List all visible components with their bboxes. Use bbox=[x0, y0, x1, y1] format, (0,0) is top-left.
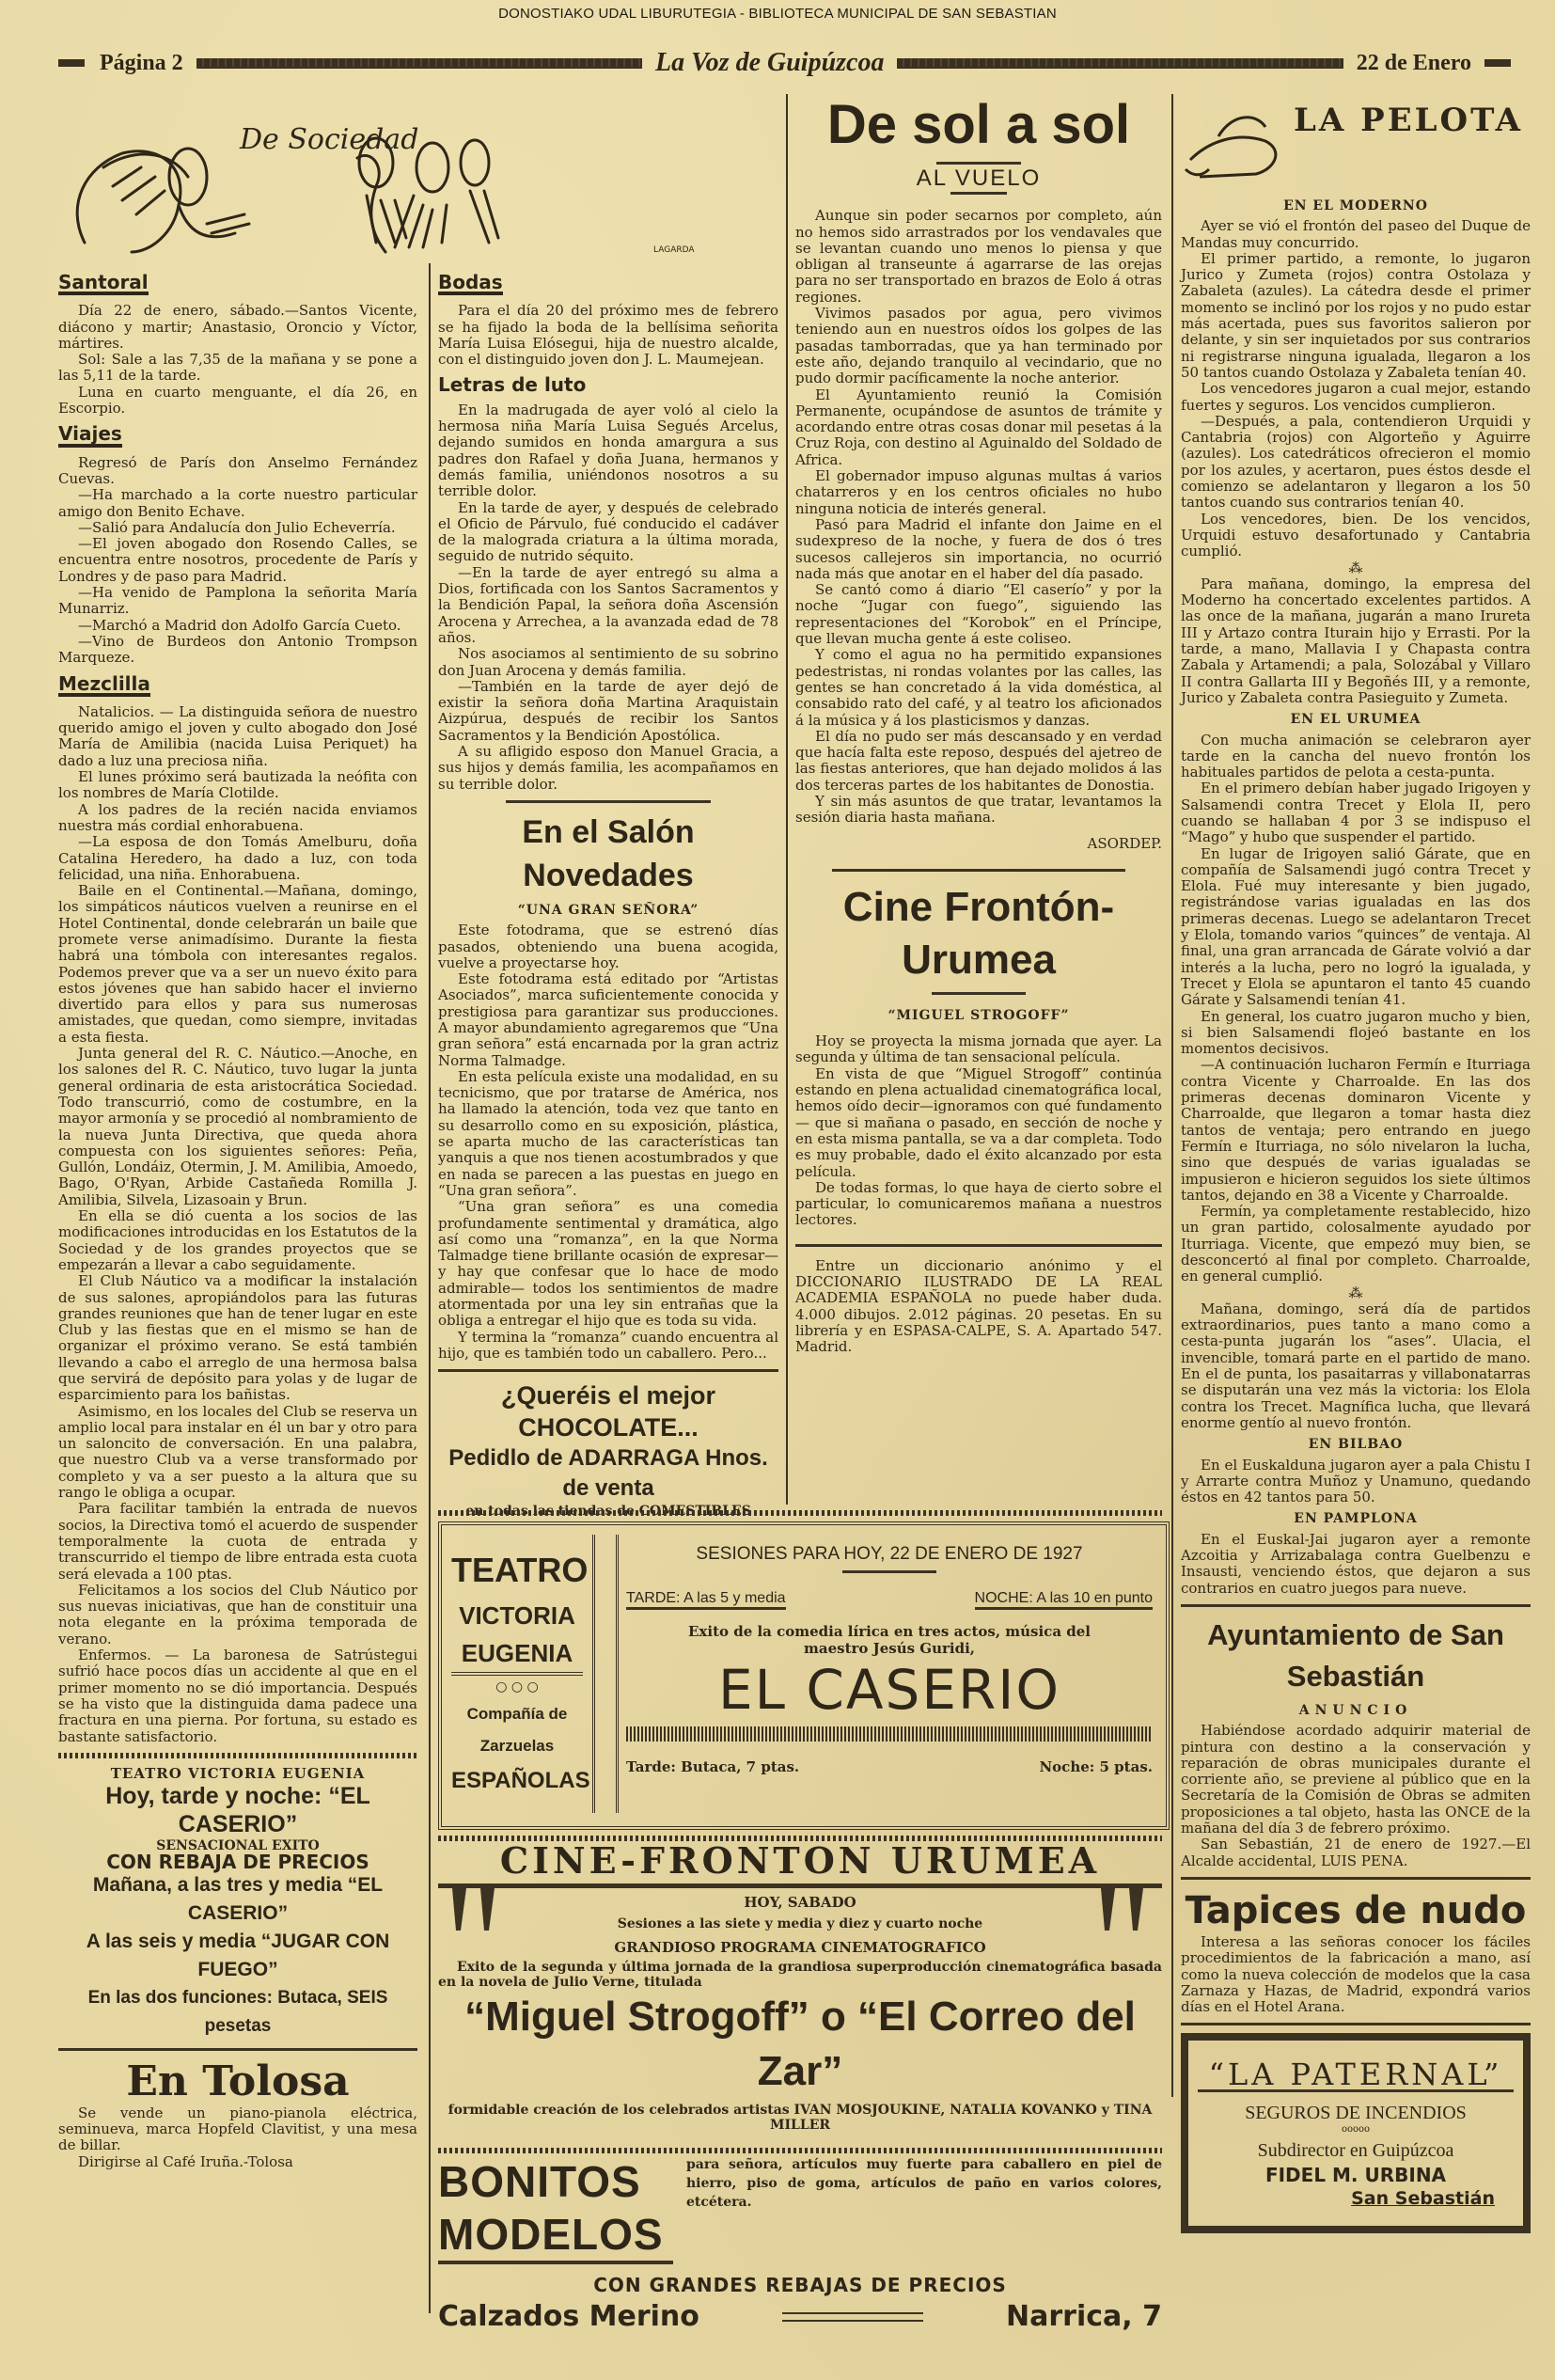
divider bbox=[438, 1369, 778, 1372]
paragraph: Día 22 de enero, sábado.—Santos Vicente,… bbox=[58, 303, 417, 352]
ad-right-panel: SESIONES PARA HOY, 22 DE ENERO DE 1927 T… bbox=[626, 1544, 1153, 1775]
el-caserio-title: EL CASERIO bbox=[626, 1657, 1153, 1723]
la-pelota-banner: LA PELOTA bbox=[1181, 103, 1531, 193]
society-illustration-icon: De Sociedad LAGARDA bbox=[47, 111, 780, 266]
urumea-desc: Exito de la segunda y última jornada de … bbox=[438, 1960, 1162, 1990]
paragraph: Fermín, ya completamente restablecido, h… bbox=[1181, 1204, 1531, 1285]
de-sociedad-banner: De Sociedad LAGARDA bbox=[47, 111, 780, 266]
column-divider bbox=[1171, 94, 1173, 2097]
paragraph: Los vencedores jugaron a cual mejor, est… bbox=[1181, 381, 1531, 414]
divider bbox=[58, 1753, 417, 1758]
de-sol-a-sol-title: De sol a sol bbox=[795, 94, 1162, 156]
pelota-section-heading: EN PAMPLONA bbox=[1181, 1511, 1531, 1527]
paragraph: San Sebastián, 21 de enero de 1927.—El A… bbox=[1181, 1836, 1531, 1869]
paragraph: —Marchó a Madrid don Adolfo García Cueto… bbox=[58, 618, 417, 634]
paragraph: El día no pudo ser más descansado y en v… bbox=[795, 729, 1162, 794]
shop-name: Calzados Merino bbox=[438, 2300, 699, 2333]
column-1: Santoral Día 22 de enero, sábado.—Santos… bbox=[58, 265, 417, 2170]
spanish-label: ESPAÑOLAS bbox=[451, 1762, 583, 1800]
shop-address: Narrica, 7 bbox=[1006, 2300, 1162, 2333]
exito-text: Exito de la comedia lírica en tres actos… bbox=[654, 1623, 1124, 1657]
paragraph: En esta película existe una modalidad, e… bbox=[438, 1069, 778, 1199]
paragraph: Y sin más asuntos de que tratar, levanta… bbox=[795, 794, 1162, 827]
divider bbox=[1181, 2023, 1531, 2025]
pelota-section-heading: EN EL MODERNO bbox=[1181, 198, 1531, 214]
artist-signature: LAGARDA bbox=[653, 245, 695, 255]
mezclilla-body: Natalicios. — La distinguida señora de n… bbox=[58, 704, 417, 1745]
asterism-icon: ⁂ bbox=[1181, 560, 1531, 576]
paragraph: —Después, a pala, contendieron Urquidi y… bbox=[1181, 414, 1531, 512]
divider bbox=[1181, 1604, 1531, 1607]
column-3: De sol a sol AL VUELO Aunque sin poder s… bbox=[795, 94, 1162, 1356]
ornament: ooooo bbox=[1198, 2121, 1514, 2137]
section-heading-santoral: Santoral bbox=[58, 275, 149, 295]
issue-date: 22 de Enero bbox=[1357, 51, 1471, 76]
film-cast: formidable creación de los celebrados ar… bbox=[438, 2103, 1162, 2133]
paragraph: Natalicios. — La distinguida señora de n… bbox=[58, 704, 417, 769]
paragraph: Baile en el Continental.—Mañana, domingo… bbox=[58, 883, 417, 1046]
paragraph: Luna en cuarto menguante, el día 26, en … bbox=[58, 385, 417, 418]
paragraph: Hoy se proyecta la misma jornada que aye… bbox=[795, 1033, 1162, 1066]
ad-body: Se vende un piano-pianola eléctrica, sem… bbox=[58, 2105, 417, 2154]
paragraph: Y como el agua no ha permitido expansion… bbox=[795, 647, 1162, 728]
paragraph: El lunes próximo será bautizada la neófi… bbox=[58, 769, 417, 802]
bonitos-modelos-title: BONITOS MODELOS bbox=[438, 2155, 673, 2264]
banner-title: De Sociedad bbox=[239, 123, 418, 156]
paragraph: Interesa a las señoras conocer los fácil… bbox=[1181, 1934, 1531, 2015]
venue-name: VICTORIA EUGENIA bbox=[451, 1597, 583, 1676]
paragraph: El primer partido, a remonte, lo jugaron… bbox=[1181, 251, 1531, 381]
paragraph: Junta general del R. C. Náutico.—Anoche,… bbox=[58, 1046, 417, 1208]
paragraph: En el Euskal-Jai jugaron ayer a remonte … bbox=[1181, 1532, 1531, 1597]
paragraph: —A continuación lucharon Fermín e Iturri… bbox=[1181, 1057, 1531, 1204]
paragraph: Con mucha animación se celebraron ayer t… bbox=[1181, 733, 1531, 781]
chocolate-ad: ¿Queréis el mejor CHOCOLATE... Pedidlo d… bbox=[438, 1379, 778, 1520]
sessions-date: SESIONES PARA HOY, 22 DE ENERO DE 1927 bbox=[626, 1544, 1153, 1565]
column-divider bbox=[429, 1505, 431, 2313]
paragraph: En lugar de Irigoyen salió Gárate, que e… bbox=[1181, 846, 1531, 1009]
teatro-label: TEATRO bbox=[451, 1544, 583, 1597]
paragraph: En la madrugada de ayer voló al cielo la… bbox=[438, 402, 778, 500]
calzados-merino-ad: BONITOS MODELOS para señora, artículos m… bbox=[438, 2155, 1162, 2333]
paternal-line: FIDEL M. URBINA bbox=[1198, 2167, 1514, 2183]
tapices-title: Tapices de nudo bbox=[1181, 1887, 1531, 1934]
art-deco-ornament-icon bbox=[1096, 1888, 1153, 1935]
urumea-day: HOY, SABADO bbox=[438, 1894, 1162, 1911]
pelota-title: LA PELOTA bbox=[1294, 113, 1523, 129]
divider bbox=[842, 1570, 936, 1573]
divider bbox=[795, 1244, 1162, 1247]
paragraph: Ayer se vió el frontón del paseo del Duq… bbox=[1181, 218, 1531, 251]
divider bbox=[936, 162, 1021, 165]
tarde-time: TARDE: A las 5 y media bbox=[626, 1590, 786, 1610]
ornament: ○ ○ ○ bbox=[451, 1679, 583, 1694]
viajes-body: Regresó de París don Anselmo Fernández C… bbox=[58, 455, 417, 667]
noche-time: NOCHE: A las 10 en punto bbox=[975, 1590, 1153, 1610]
ad-venue: TEATRO VICTORIA EUGENIA bbox=[58, 1766, 417, 1782]
paragraph: Enfermos. — La baronesa de Satrústegui s… bbox=[58, 1647, 417, 1745]
paragraph: A los padres de la recién nacida enviamo… bbox=[58, 802, 417, 835]
decorative-rule bbox=[782, 2312, 923, 2322]
ad-line: A las seis y media “JUGAR CON FUEGO” bbox=[58, 1928, 417, 1984]
column-divider bbox=[429, 263, 431, 1505]
tolosa-ad: En Tolosa Se vende un piano-pianola eléc… bbox=[58, 2058, 417, 2170]
paragraph: Y termina la “romanza” cuando encuentra … bbox=[438, 1330, 778, 1363]
masthead-rule bbox=[196, 58, 642, 69]
ad-contact: Dirigirse al Café Iruña.-Tolosa bbox=[58, 2154, 417, 2170]
paragraph: Los vencedores, bien. De los vencidos, U… bbox=[1181, 512, 1531, 560]
company: Compañía de Zarzuelas bbox=[451, 1698, 583, 1762]
paper-name: La Voz de Guipúzcoa bbox=[655, 48, 884, 78]
paragraph: —El joven abogado don Rosendo Calles, se… bbox=[58, 536, 417, 585]
masthead: Página 2 La Voz de Guipúzcoa 22 de Enero bbox=[58, 49, 1511, 77]
ad-title: En Tolosa bbox=[58, 2058, 417, 2105]
paragraph: El gobernador impuso algunas multas á va… bbox=[795, 468, 1162, 517]
paragraph: Pasó para Madrid el infante don Jaime en… bbox=[795, 517, 1162, 582]
paternal-line: SEGUROS DE INCENDIOS bbox=[1198, 2105, 1514, 2121]
price-noche: Noche: 5 ptas. bbox=[1039, 1758, 1153, 1775]
ad-line: Hoy, tarde y noche: “EL CASERIO” bbox=[58, 1782, 417, 1838]
paragraph: Aunque sin poder secarnos por completo, … bbox=[795, 208, 1162, 306]
pelotari-illustration-icon bbox=[1181, 103, 1294, 188]
column-2: Bodas Para el día 20 del próximo mes de … bbox=[438, 265, 778, 1521]
page-number: Página 2 bbox=[100, 51, 183, 76]
divider bbox=[950, 192, 1007, 195]
merino-desc: para señora, artículos muy fuerte para c… bbox=[686, 2155, 1162, 2212]
paragraph: En el Euskalduna jugaron ayer a pala Chi… bbox=[1181, 1458, 1531, 1506]
price-tarde: Tarde: Butaca, 7 ptas. bbox=[626, 1758, 799, 1775]
paragraph: En la tarde de ayer, y después de celebr… bbox=[438, 500, 778, 565]
paternal-line: San Sebastián bbox=[1198, 2191, 1514, 2207]
ayuntamiento-title: Ayuntamiento de San Sebastián bbox=[1181, 1615, 1531, 1697]
ad-left-panel: TEATRO VICTORIA EUGENIA ○ ○ ○ Compañía d… bbox=[451, 1544, 583, 1800]
cine-subtitle: “MIGUEL STROGOFF” bbox=[795, 1008, 1162, 1024]
novedades-subtitle: “UNA GRAN SEÑORA” bbox=[438, 903, 778, 919]
asterism-icon: ⁂ bbox=[1181, 1285, 1531, 1301]
paragraph: De todas formas, lo que haya de cierto s… bbox=[795, 1180, 1162, 1229]
anuncio-subtitle: ANUNCIO bbox=[1181, 1703, 1531, 1719]
paragraph: —En la tarde de ayer entregó su alma a D… bbox=[438, 565, 778, 646]
paragraph: Para facilitar también la entrada de nue… bbox=[58, 1501, 417, 1582]
urumea-title: CINE-FRONTON URUMEA bbox=[438, 1839, 1162, 1888]
rebajas-line: CON GRANDES REBAJAS DE PRECIOS bbox=[438, 2274, 1162, 2296]
ad-line: Mañana, a las tres y media “EL CASERIO” bbox=[58, 1871, 417, 1928]
paragraph: Este fotodrama, que se estrenó días pasa… bbox=[438, 922, 778, 971]
paragraph: Felicitamos a los socios del Club Náutic… bbox=[58, 1583, 417, 1647]
paragraph: En vista de que “Miguel Strogoff” contin… bbox=[795, 1066, 1162, 1180]
section-heading-bodas: Bodas bbox=[438, 275, 503, 295]
paragraph: Este fotodrama está editado por “Artista… bbox=[438, 971, 778, 1069]
archive-header: DONOSTIAKO UDAL LIBURUTEGIA - BIBLIOTECA… bbox=[0, 6, 1555, 22]
paragraph: A su afligido esposo don Manuel Gracia, … bbox=[438, 744, 778, 793]
paragraph: En ella se dió cuenta a los socios de la… bbox=[58, 1208, 417, 1273]
column-divider bbox=[786, 94, 788, 1505]
paragraph: El Ayuntamiento reunió la Comisión Perma… bbox=[795, 387, 1162, 468]
paragraph: Nos asociamos al sentimiento de su sobri… bbox=[438, 646, 778, 679]
ad-line: CON REBAJA DE PRECIOS bbox=[58, 1854, 417, 1870]
decorative-bar bbox=[626, 1726, 1153, 1742]
divider bbox=[506, 800, 710, 803]
paragraph: El Club Náutico va a modificar la instal… bbox=[58, 1273, 417, 1403]
ornament bbox=[58, 59, 85, 67]
paragraph: —Vino de Burdeos don Antonio Trompson Ma… bbox=[58, 634, 417, 667]
victoria-eugenia-ad: TEATRO VICTORIA EUGENIA ○ ○ ○ Compañía d… bbox=[438, 1521, 1170, 1830]
section-heading-luto: Letras de luto bbox=[438, 377, 586, 394]
paragraph: Regresó de París don Anselmo Fernández C… bbox=[58, 455, 417, 488]
divider bbox=[1181, 1877, 1531, 1880]
column-4: LA PELOTA EN EL MODERNO Ayer se vió el f… bbox=[1181, 103, 1531, 2233]
urumea-sessions: Sesiones a las siete y media y diez y cu… bbox=[438, 1916, 1162, 1931]
section-heading-viajes: Viajes bbox=[58, 426, 122, 447]
film-title: “Miguel Strogoff” o “El Correo del Zar” bbox=[438, 1990, 1162, 2099]
divider bbox=[58, 2048, 417, 2051]
paragraph: Sol: Sale a las 7,35 de la mañana y se p… bbox=[58, 352, 417, 385]
teatro-victoria-ad: TEATRO VICTORIA EUGENIA Hoy, tarde y noc… bbox=[58, 1766, 417, 2041]
ad-line: Pedidlo de ADARRAGA Hnos. de venta bbox=[438, 1443, 778, 1504]
paragraph: —Ha marchado a la corte nuestro particul… bbox=[58, 487, 417, 520]
paragraph: Vivimos pasados por agua, pero vivimos t… bbox=[795, 306, 1162, 386]
urumea-program: GRANDIOSO PROGRAMA CINEMATOGRAFICO bbox=[438, 1939, 1162, 1956]
pelota-section-heading: EN BILBAO bbox=[1181, 1437, 1531, 1453]
paragraph: “Una gran señora” es una comedia profund… bbox=[438, 1199, 778, 1329]
paragraph: Asimismo, en los locales del Club se res… bbox=[58, 1404, 417, 1502]
paragraph: —También en la tarde de ayer dejó de exi… bbox=[438, 679, 778, 744]
paternal-title: “LA PATERNAL” bbox=[1198, 2067, 1514, 2091]
divider bbox=[438, 1510, 1162, 1516]
paragraph: En general, los cuatro jugaron mucho y b… bbox=[1181, 1009, 1531, 1058]
paragraph: Mañana, domingo, será día de partidos ex… bbox=[1181, 1301, 1531, 1431]
paragraph: —La esposa de don Tomás Amelburu, doña C… bbox=[58, 834, 417, 883]
paragraph: Habiéndose acordado adquirir material de… bbox=[1181, 1723, 1531, 1836]
ornament bbox=[1484, 59, 1511, 67]
diccionario-ad: Entre un diccionario anónimo y el DICCIO… bbox=[795, 1258, 1162, 1356]
paragraph: Se cantó como á diario “El caserío” y po… bbox=[795, 582, 1162, 647]
paragraph: En el primero debían haber jugado Irigoy… bbox=[1181, 780, 1531, 845]
paragraph: —Ha venido de Pamplona la señorita María… bbox=[58, 585, 417, 618]
cine-fronton-urumea-ad: CINE-FRONTON URUMEA HOY, SABADO Sesiones… bbox=[438, 1839, 1162, 2133]
art-deco-ornament-icon bbox=[448, 1888, 504, 1935]
masthead-rule bbox=[897, 58, 1343, 69]
paragraph: Para mañana, domingo, la empresa del Mod… bbox=[1181, 576, 1531, 706]
section-heading-mezclilla: Mezclilla bbox=[58, 676, 150, 697]
ornamental-column bbox=[592, 1535, 619, 1813]
ad-line: En las dos funciones: Butaca, SEIS peset… bbox=[58, 1984, 417, 2041]
divider bbox=[832, 869, 1125, 872]
divider bbox=[932, 992, 1026, 995]
santoral-body: Día 22 de enero, sábado.—Santos Vicente,… bbox=[58, 303, 417, 417]
paragraph: —Salió para Andalucía don Julio Echeverr… bbox=[58, 520, 417, 536]
ad-line: ¿Queréis el mejor CHOCOLATE... bbox=[438, 1379, 778, 1443]
pelota-section-heading: EN EL URUMEA bbox=[1181, 712, 1531, 728]
paternal-line: Subdirector en Guipúzcoa bbox=[1198, 2143, 1514, 2159]
paragraph: Para el día 20 del próximo mes de febrer… bbox=[438, 303, 778, 368]
cine-fronton-title: Cine Frontón-Urumea bbox=[795, 881, 1162, 986]
divider bbox=[438, 2148, 1162, 2153]
novedades-title: En el Salón Novedades bbox=[438, 811, 778, 897]
signature: ASORDEP. bbox=[795, 836, 1162, 852]
la-paternal-ad: “LA PATERNAL” SEGUROS DE INCENDIOS ooooo… bbox=[1181, 2033, 1531, 2233]
al-vuelo-subtitle: AL VUELO bbox=[795, 170, 1162, 186]
